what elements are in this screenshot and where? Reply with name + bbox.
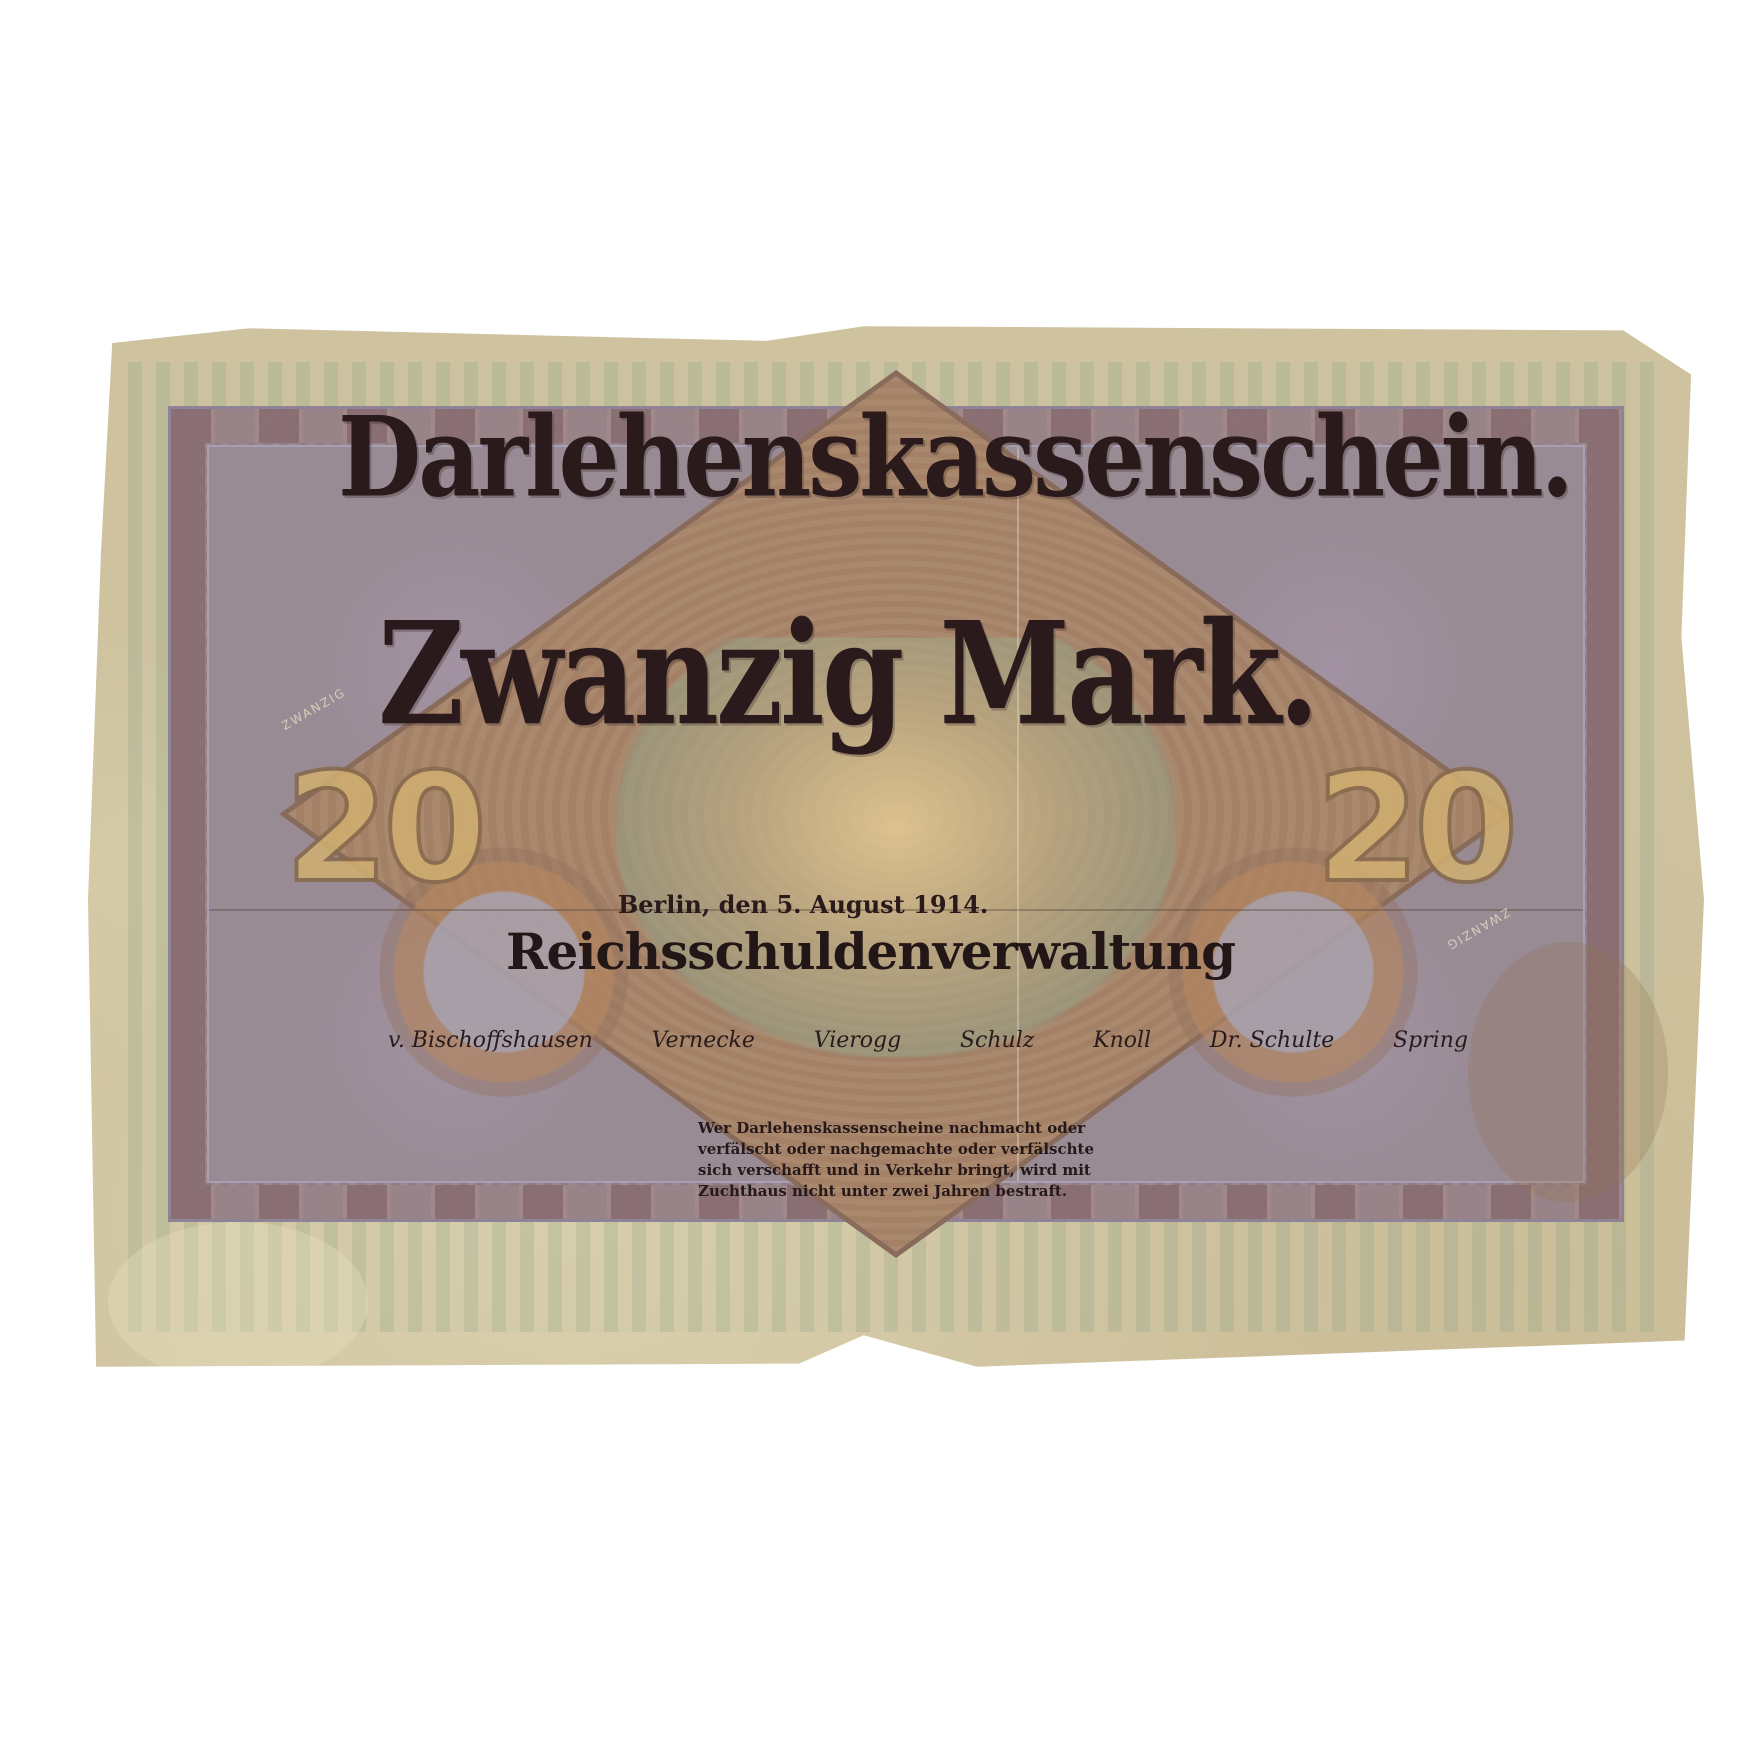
signatures-row: v. Bischoffshausen Vernecke Vierogg Schu… <box>388 1028 1468 1053</box>
warning-line: Zuchthaus nicht unter zwei Jahren bestra… <box>698 1181 1128 1202</box>
signature: Spring <box>1393 1028 1468 1053</box>
signature: Vierogg <box>814 1028 901 1053</box>
banknote: 20 20 ZWANZIG ZWANZIG Darlehenskassensch… <box>88 322 1704 1372</box>
vertical-fold-crease <box>1017 447 1019 1181</box>
issuer-name: Reichsschuldenverwaltung <box>506 922 1206 981</box>
warning-line: verfälscht oder nachgemachte oder verfäl… <box>698 1139 1128 1160</box>
denomination-numeral-left: 20 <box>258 742 508 916</box>
warning-line: Wer Darlehenskassenscheine nachmacht ode… <box>698 1118 1128 1139</box>
wear-stain <box>108 1222 368 1382</box>
denomination-title: Zwanzig Mark. <box>378 590 1478 757</box>
counterfeit-warning: Wer Darlehenskassenscheine nachmacht ode… <box>698 1118 1128 1202</box>
signature: Dr. Schulte <box>1210 1028 1334 1053</box>
note-title: Darlehenskassenschein. <box>338 392 1438 522</box>
issue-date: Berlin, den 5. August 1914. <box>618 890 1118 919</box>
signature: Knoll <box>1093 1028 1151 1053</box>
signature: Vernecke <box>652 1028 755 1053</box>
denomination-numeral-right: 20 <box>1289 742 1539 916</box>
signature: v. Bischoffshausen <box>388 1028 593 1053</box>
signature: Schulz <box>960 1028 1034 1053</box>
warning-line: sich verschafft und in Verkehr bringt, w… <box>698 1160 1128 1181</box>
wear-stain <box>1468 942 1668 1202</box>
